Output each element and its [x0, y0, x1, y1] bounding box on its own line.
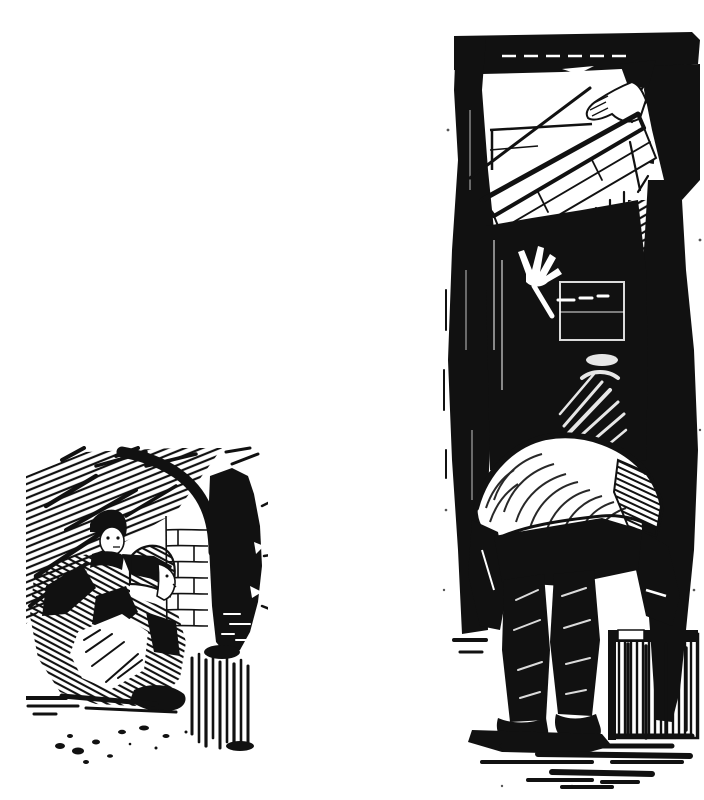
illustration-crate-through-hatch: [442, 30, 704, 792]
illustration-cellar-children: [26, 446, 268, 784]
dark-opening: [208, 468, 268, 654]
slatted-crate: [608, 630, 698, 740]
illustration-page: [0, 0, 704, 800]
hatched-step: [192, 645, 254, 751]
